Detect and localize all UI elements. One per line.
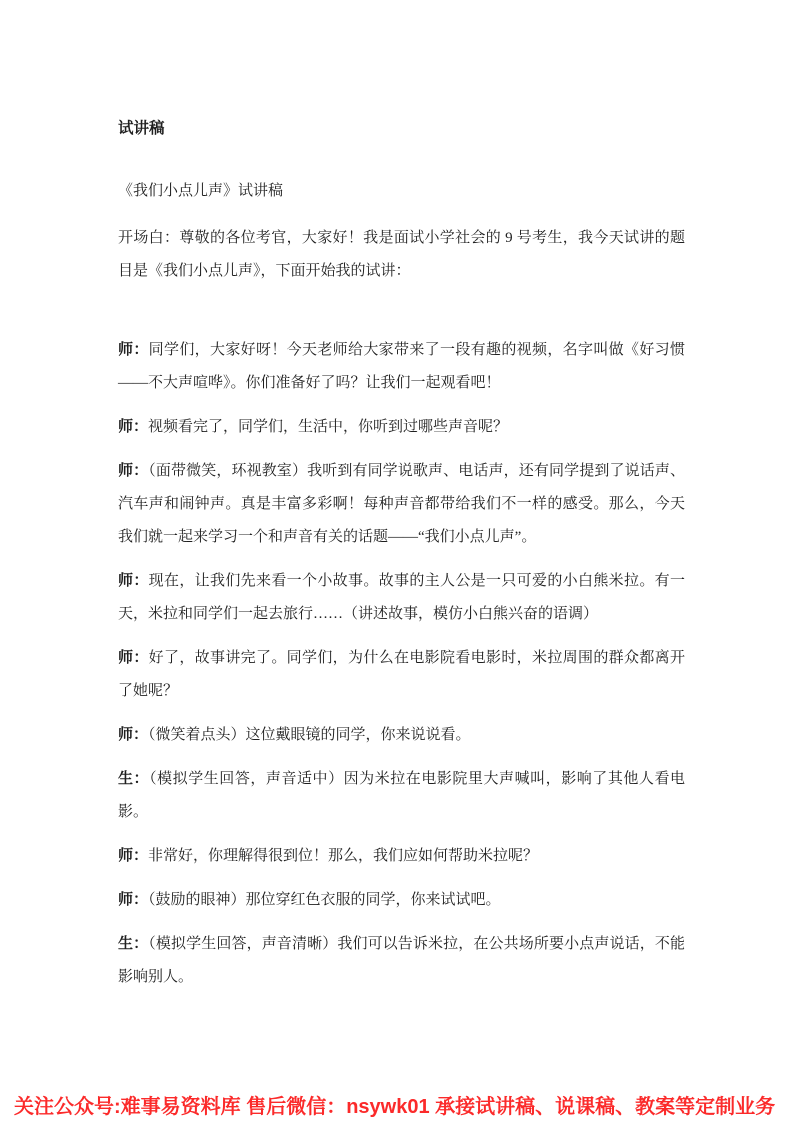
dialogue-paragraph: 生：（模拟学生回答，声音清晰）我们可以告诉米拉，在公共场所要小点声说话，不能影响…: [118, 928, 685, 994]
promo-footer-banner: 关注公众号:难事易资料库 售后微信：nsywk01 承接试讲稿、说课稿、教案等定…: [14, 1094, 793, 1120]
dialogue-text: 同学们，大家好呀！今天老师给大家带来了一段有趣的视频，名字叫做《好习惯——不大声…: [118, 342, 685, 391]
speaker-label: 师：: [118, 419, 148, 435]
document-content: 试讲稿 《我们小点儿声》试讲稿 开场白：尊敬的各位考官，大家好！我是面试小学社会…: [118, 112, 685, 1005]
page-title: 试讲稿: [118, 112, 685, 145]
dialogue-text: 好了，故事讲完了。同学们，为什么在电影院看电影时，米拉周围的群众都离开了她呢？: [118, 650, 685, 699]
speaker-label: 师：: [118, 848, 148, 864]
dialogue-paragraph: 师：视频看完了，同学们，生活中，你听到过哪些声音呢？: [118, 411, 685, 444]
speaker-label: 师：: [118, 573, 149, 589]
speaker-label: 生：: [118, 936, 148, 952]
dialogue-paragraph: 师：同学们，大家好呀！今天老师给大家带来了一段有趣的视频，名字叫做《好习惯——不…: [118, 334, 685, 400]
dialogue-paragraph: 师：（微笑着点头）这位戴眼镜的同学，你来说说看。: [118, 719, 685, 752]
lesson-subtitle: 《我们小点儿声》试讲稿: [118, 175, 685, 208]
dialogue-text: （模拟学生回答，声音清晰）我们可以告诉米拉，在公共场所要小点声说话，不能影响别人…: [118, 936, 685, 985]
dialogue-paragraph: 师：（面带微笑，环视教室）我听到有同学说歌声、电话声，还有同学提到了说话声、汽车…: [118, 455, 685, 554]
speaker-label: 师：: [118, 650, 149, 666]
document-page: 试讲稿 《我们小点儿声》试讲稿 开场白：尊敬的各位考官，大家好！我是面试小学社会…: [0, 0, 793, 1122]
dialogue-paragraph: 师：非常好，你理解得很到位！那么，我们应如何帮助米拉呢？: [118, 840, 685, 873]
dialogue-paragraph: 师：好了，故事讲完了。同学们，为什么在电影院看电影时，米拉周围的群众都离开了她呢…: [118, 642, 685, 708]
speaker-label: 师：: [118, 463, 148, 479]
opening-paragraph: 开场白：尊敬的各位考官，大家好！我是面试小学社会的 9 号考生，我今天试讲的题目…: [118, 222, 685, 288]
promo-footer-text: 关注公众号:难事易资料库 售后微信：nsywk01 承接试讲稿、说课稿、教案等定…: [14, 1096, 775, 1118]
speaker-label: 师：: [118, 342, 149, 358]
speaker-label: 生：: [118, 771, 149, 787]
dialogue-paragraph: 师：（鼓励的眼神）那位穿红色衣服的同学，你来试试吧。: [118, 884, 685, 917]
dialogue-text: （鼓励的眼神）那位穿红色衣服的同学，你来试试吧。: [148, 892, 501, 908]
dialogue-text: 视频看完了，同学们，生活中，你听到过哪些声音呢？: [148, 419, 508, 435]
dialogue-paragraph: 师：现在，让我们先来看一个小故事。故事的主人公是一只可爱的小白熊米拉。有一天，米…: [118, 565, 685, 631]
dialogue-paragraph: 生：（模拟学生回答，声音适中）因为米拉在电影院里大声喊叫，影响了其他人看电影。: [118, 763, 685, 829]
dialogue-text: 现在，让我们先来看一个小故事。故事的主人公是一只可爱的小白熊米拉。有一天，米拉和…: [118, 573, 685, 622]
speaker-label: 师：: [118, 892, 148, 908]
dialogue-text: 非常好，你理解得很到位！那么，我们应如何帮助米拉呢？: [148, 848, 538, 864]
speaker-label: 师：: [118, 727, 148, 743]
dialogue-text: （面带微笑，环视教室）我听到有同学说歌声、电话声，还有同学提到了说话声、汽车声和…: [118, 463, 685, 545]
dialogue-text: （微笑着点头）这位戴眼镜的同学，你来说说看。: [148, 727, 471, 743]
dialogue-text: （模拟学生回答，声音适中）因为米拉在电影院里大声喊叫，影响了其他人看电影。: [118, 771, 685, 820]
